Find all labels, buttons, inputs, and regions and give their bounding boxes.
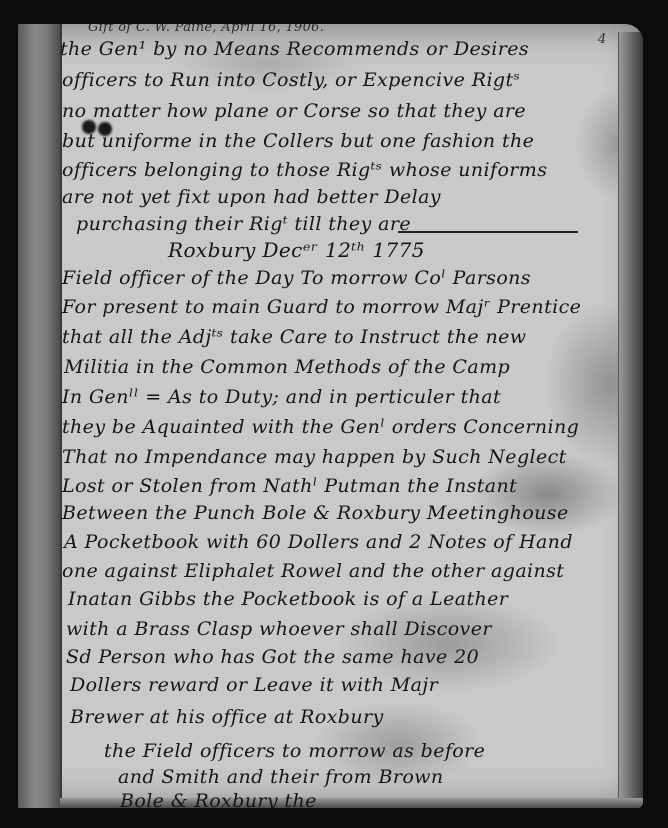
text-line: Sd Person who has Got the same have 20 bbox=[66, 646, 479, 668]
page-edge-right bbox=[618, 32, 643, 800]
dateline: Roxbury Decᵉʳ 12ᵗʰ 1775 bbox=[168, 238, 425, 262]
text-line: the Gen¹ by no Means Recommends or Desir… bbox=[60, 38, 529, 60]
text-line: A Pocketbook with 60 Dollers and 2 Notes… bbox=[64, 531, 573, 553]
text-line: one against Eliphalet Rowel and the othe… bbox=[62, 560, 564, 582]
text-line: purchasing their Rigᵗ till they are bbox=[76, 213, 411, 235]
text-line: Brewer at his office at Roxbury bbox=[70, 706, 384, 728]
text-line: Militia in the Common Methods of the Cam… bbox=[64, 356, 510, 378]
text-line: Field officer of the Day To morrow Coˡ P… bbox=[62, 267, 531, 289]
manuscript-page: Gift of C. W. Paine, April 16, 1906. 4 t… bbox=[18, 24, 643, 808]
text-line: Between the Punch Bole & Roxbury Meeting… bbox=[62, 502, 569, 524]
page-mark: 4 bbox=[598, 32, 606, 47]
text-line: officers belonging to those Rigᵗˢ whose … bbox=[62, 159, 547, 181]
provenance-note: Gift of C. W. Paine, April 16, 1906. bbox=[88, 24, 324, 35]
text-line: are not yet fixt upon had better Delay bbox=[62, 186, 441, 208]
section-rule bbox=[398, 231, 578, 233]
text-line: In Genˡˡ = As to Duty; and in perticuler… bbox=[62, 386, 501, 408]
text-line: that all the Adjᵗˢ take Care to Instruct… bbox=[62, 326, 526, 348]
text-line: Dollers reward or Leave it with Majr bbox=[70, 674, 438, 696]
text-line: officers to Run into Costly, or Expenciv… bbox=[62, 69, 520, 91]
text-line: no matter how plane or Corse so that the… bbox=[62, 100, 526, 122]
binding-strip bbox=[18, 24, 62, 808]
text-line: the Field officers to morrow as before bbox=[104, 740, 485, 762]
text-line: and Smith and their from Brown bbox=[118, 766, 443, 788]
text-line: but uniforme in the Collers but one fash… bbox=[62, 130, 534, 152]
text-line: with a Brass Clasp whoever shall Discove… bbox=[66, 618, 492, 640]
text-line: they be Aquainted with the Genˡ orders C… bbox=[62, 416, 579, 438]
text-line: Inatan Gibbs the Pocketbook is of a Leat… bbox=[68, 588, 508, 610]
text-line: That no Impendance may happen by Such Ne… bbox=[62, 446, 567, 468]
text-line: For present to main Guard to morrow Majʳ… bbox=[62, 296, 581, 318]
text-line: Bole & Roxbury the bbox=[120, 790, 317, 808]
text-line: Lost or Stolen from Nathˡ Putman the Ins… bbox=[62, 475, 517, 497]
